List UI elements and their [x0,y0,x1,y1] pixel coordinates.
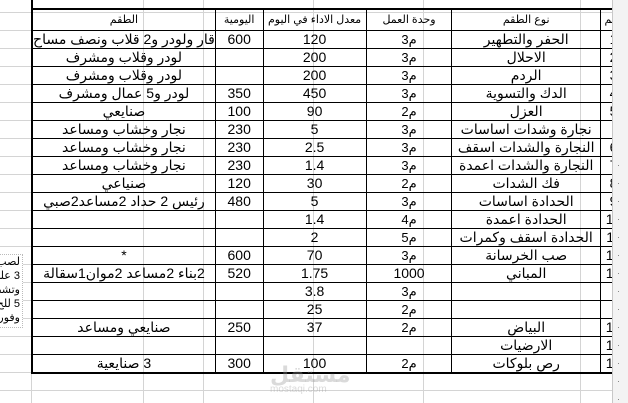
cell-crew[interactable]: صنايعي [32,103,215,121]
adjacent-column[interactable]: ·············· [612,0,628,403]
table-row: م33.8 [32,283,627,301]
cell-fragment: · [617,359,620,368]
cell-rate[interactable]: 5 [263,193,366,211]
header-type[interactable]: نوع الطقم [452,9,601,31]
cell-daily[interactable] [215,283,263,301]
cell-rate[interactable]: 3.8 [263,283,366,301]
cell-daily[interactable]: 520 [215,265,263,283]
cell-rate[interactable]: 2 [263,229,366,247]
cell-rate[interactable] [263,337,366,355]
table-row: 14رص بلوكاتم21003003 صنايعية [32,355,627,374]
comment-line: وتشط [0,283,22,297]
cell-daily[interactable]: 100 [215,103,263,121]
table-row: 13المباني10001.755202بناء 2مساعد 2موان1س… [32,265,627,283]
cell-rate[interactable]: 90 [263,103,366,121]
table-row: 4الدك والتسويةم3450350لودر و5 عمال ومشرف [32,85,627,103]
cell-crew[interactable]: نجار وخشاب ومساعد [32,139,215,157]
cell-type[interactable]: الحدادة اساسات [452,193,601,211]
cell-fragment: · [617,197,620,206]
table-row: نجارة وشدات اساساتم35230نجار وخشاب ومساع… [32,121,627,139]
cell-type[interactable]: الردم [452,67,601,85]
cell-unit[interactable]: م3 [366,157,452,175]
header-rate[interactable]: معدل الاداء في اليوم [263,9,366,31]
cell-daily[interactable] [215,211,263,229]
table-row: 11الحدادة اسقف وكمراتم52 [32,229,627,247]
cell-type[interactable]: فك الشدات [452,175,601,193]
cell-crew[interactable] [32,283,215,301]
cell-type[interactable]: النجارة والشدات اسقف [452,139,601,157]
cell-fragment: · [617,233,620,242]
cell-rate[interactable]: 25 [263,301,366,319]
cell-fragment: · [617,251,620,260]
cell-type[interactable]: الحدادة اعمدة [452,211,601,229]
header-unit[interactable]: وحدة العمل [366,9,452,31]
cell-rate[interactable]: 200 [263,49,366,67]
cell-type[interactable]: المباني [452,265,601,283]
table-row: م225 [32,301,627,319]
table-row: 5العزلم290100صنايعي [32,103,627,121]
cell-type[interactable]: رص بلوكات [452,355,601,374]
cell-unit[interactable]: م2 [366,175,452,193]
cell-unit[interactable]: 1000 [366,265,452,283]
table-row: 12صب الخرسانةم370600* [32,247,627,265]
cell-daily[interactable]: 480 [215,193,263,211]
cell-fragment: · [617,215,620,224]
cell-crew[interactable]: قار ولودر و2 قلاب ونصف مساح [32,31,215,49]
cell-unit[interactable]: م3 [366,283,452,301]
cell-daily[interactable]: 350 [215,85,263,103]
cell-daily[interactable]: 120 [215,175,263,193]
cell-type[interactable]: الاحلال [452,49,601,67]
cell-rate[interactable]: 1.4 [263,157,366,175]
cell-fragment: · [617,269,620,278]
cell-fragment: · [617,179,620,188]
cell-crew[interactable]: * [32,247,215,265]
cell-rate[interactable]: 450 [263,85,366,103]
comment-line: 5 للح [0,297,22,311]
cell-daily[interactable] [215,337,263,355]
header-row: رقم نوع الطقم وحدة العمل معدل الاداء في … [32,9,627,31]
spreadsheet: العقالة رقم نوع الطقم وحدة العمل معدل ال… [0,0,628,403]
table-row: 2الاحلالم3200لودر وقلاب ومشرف [32,49,627,67]
cell-crew[interactable]: لودر و5 عمال ومشرف [32,85,215,103]
cell-rate[interactable]: 70 [263,247,366,265]
cell-crew[interactable]: نجار وخشاب ومساعد [32,157,215,175]
cell-daily[interactable]: 230 [215,157,263,175]
cell-unit[interactable]: م3 [366,67,452,85]
cell-unit[interactable]: م3 [366,121,452,139]
cell-fragment: · [617,323,620,332]
cell-daily[interactable]: 250 [215,319,263,337]
cell-daily[interactable] [215,49,263,67]
cell-type[interactable]: الارضيات [452,337,601,355]
cell-daily[interactable] [215,301,263,319]
cell-daily[interactable]: 300 [215,355,263,374]
cell-daily[interactable] [215,67,263,85]
table-row: 8فك الشداتم230120صنياعي [32,175,627,193]
cell-type[interactable]: البياض [452,319,601,337]
cell-crew[interactable] [32,211,215,229]
cell-fragment: · [617,395,620,403]
table-row: 6النجارة والشدات اسقفم32.5230نجار وخشاب … [32,139,627,157]
title-strip: العقالة [31,0,614,8]
header-daily[interactable]: اليومية [215,9,263,31]
table-row: 12البياضم237250صنايعي ومساعد [32,319,627,337]
comment-line: وفور [0,311,22,325]
cell-crew[interactable] [32,301,215,319]
cell-unit[interactable] [366,337,452,355]
cell-crew[interactable] [32,229,215,247]
cell-unit[interactable]: م3 [366,85,452,103]
crew-table: رقم نوع الطقم وحدة العمل معدل الاداء في … [31,8,628,374]
cell-crew[interactable] [32,337,215,355]
cell-type[interactable]: صب الخرسانة [452,247,601,265]
cell-unit[interactable]: م3 [366,247,452,265]
cell-type[interactable]: الحدادة اسقف وكمرات [452,229,601,247]
cell-comment-box[interactable]: لصب 3 علي وتشط 5 للح وفور [0,254,23,328]
cell-fragment: · [617,305,620,314]
cell-fragment: · [617,161,620,170]
cell-crew[interactable]: 3 صنايعية [32,355,215,374]
cell-rate[interactable]: 120 [263,31,366,49]
cell-unit[interactable]: م3 [366,31,452,49]
cell-daily[interactable]: 600 [215,247,263,265]
cell-type[interactable]: النجارة والشدات اعمدة [452,157,601,175]
cell-daily[interactable]: 230 [215,139,263,157]
cell-unit[interactable]: م3 [366,193,452,211]
cell-unit[interactable]: م2 [366,355,452,374]
cell-unit[interactable]: م4 [366,211,452,229]
cell-daily[interactable] [215,229,263,247]
comment-line: لصب [0,255,22,269]
table-row: 3الردمم3200لودر وقلاب ومشرف [32,67,627,85]
cell-unit[interactable]: م2 [366,103,452,121]
cell-unit[interactable]: م5 [366,229,452,247]
cell-unit[interactable]: م2 [366,301,452,319]
cell-rate[interactable]: 200 [263,67,366,85]
cell-rate[interactable]: 30 [263,175,366,193]
table-row: 13الارضيات [32,337,627,355]
table-row: 10الحدادة اعمدةم41.4 [32,211,627,229]
cell-type[interactable]: نجارة وشدات اساسات [452,121,601,139]
cell-type[interactable]: العزل [452,103,601,121]
cell-daily[interactable]: 230 [215,121,263,139]
cell-fragment: · [617,287,620,296]
cell-crew[interactable]: صنياعي [32,175,215,193]
cell-unit[interactable]: م3 [366,49,452,67]
cell-rate[interactable]: 5 [263,121,366,139]
table-row: 1الحفر والتطهيرم3120600قار ولودر و2 قلاب… [32,31,627,49]
cell-type[interactable]: الحفر والتطهير [452,31,601,49]
sheet-title: العقالة [263,0,290,3]
cell-rate[interactable]: 37 [263,319,366,337]
cell-unit[interactable]: م3 [366,139,452,157]
comment-line: 3 علي [0,269,22,283]
cell-crew[interactable]: صنايعي ومساعد [32,319,215,337]
table-row: 7النجارة والشدات اعمدةم31.4230نجار وخشاب… [32,157,627,175]
cell-rate[interactable]: 1.75 [263,265,366,283]
cell-rate[interactable]: 1.4 [263,211,366,229]
cell-crew[interactable]: 2بناء 2مساعد 2موان1سقالة [32,265,215,283]
cell-rate[interactable]: 100 [263,355,366,374]
cell-crew[interactable]: لودر وقلاب ومشرف [32,49,215,67]
cell-unit[interactable]: م2 [366,319,452,337]
cell-crew[interactable]: نجار وخشاب ومساعد [32,121,215,139]
cell-daily[interactable]: 600 [215,31,263,49]
cell-type[interactable] [452,301,601,319]
cell-fragment: · [617,341,620,350]
cell-fragment: · [617,377,620,386]
cell-crew[interactable]: لودر وقلاب ومشرف [32,67,215,85]
cell-crew[interactable]: رئيس 2 حداد 2مساعد2صبي [32,193,215,211]
table-row: 9الحدادة اساساتم35480رئيس 2 حداد 2مساعد2… [32,193,627,211]
cell-type[interactable]: الدك والتسوية [452,85,601,103]
cell-type[interactable] [452,283,601,301]
cell-rate[interactable]: 2.5 [263,139,366,157]
header-crew[interactable]: الطقم [32,9,215,31]
